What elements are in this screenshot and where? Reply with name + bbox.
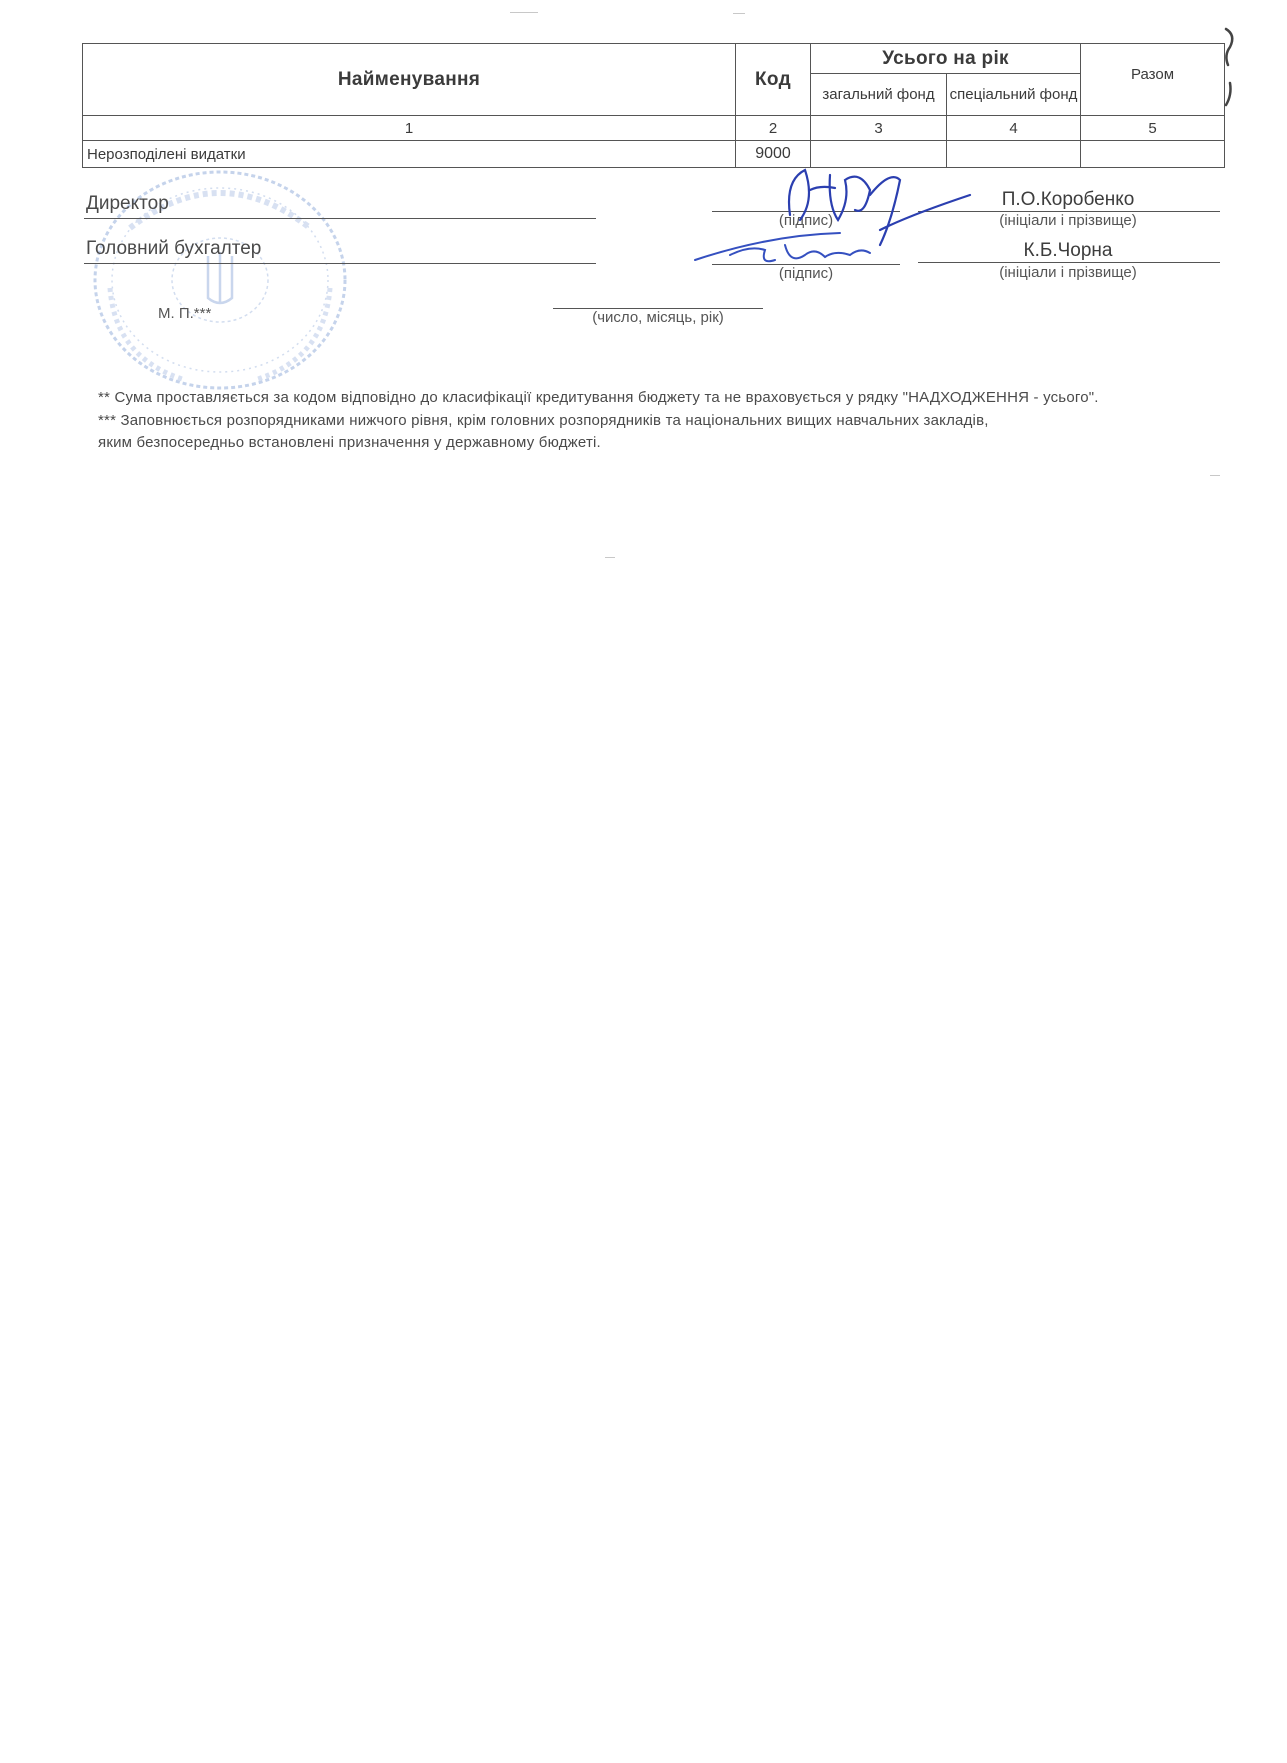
header-code: Код <box>736 44 811 116</box>
column-number-row: 1 2 3 4 5 <box>83 116 1225 141</box>
column-number: 4 <box>947 116 1081 141</box>
header-special-fund: спеціальний фонд <box>947 74 1081 116</box>
table-row: Нерозподілені видатки 9000 <box>83 141 1225 168</box>
column-number: 1 <box>83 116 736 141</box>
scan-speck <box>733 13 745 14</box>
header-total: Разом <box>1081 44 1225 116</box>
director-role-line <box>84 218 596 219</box>
chief-accountant-role-line <box>84 263 596 264</box>
chief-accountant-name-line <box>918 262 1220 263</box>
scan-speck <box>1210 475 1220 476</box>
row-name: Нерозподілені видатки <box>83 141 736 168</box>
chief-accountant-signature-icon <box>690 225 920 275</box>
column-number: 2 <box>736 116 811 141</box>
scan-speck <box>510 12 538 13</box>
header-name: Найменування <box>83 44 736 116</box>
footnote-1: ** Сума проставляється за кодом відповід… <box>98 389 1099 406</box>
column-number: 5 <box>1081 116 1225 141</box>
budget-table: Найменування Код Усього на рік Разом заг… <box>82 43 1225 168</box>
director-role: Директор <box>86 193 169 215</box>
chief-accountant-name-caption: (ініціали і прізвище) <box>918 264 1218 281</box>
bracket-mark-icon <box>1218 25 1248 110</box>
footnote-2: *** Заповнюється розпорядниками нижчого … <box>98 412 989 429</box>
date-caption: (число, місяць, рік) <box>553 309 763 326</box>
footnote-3: яким безпосередньо встановлені призначен… <box>98 434 601 451</box>
row-total <box>1081 141 1225 168</box>
column-number: 3 <box>811 116 947 141</box>
header-general-fund: загальний фонд <box>811 74 947 116</box>
scan-speck <box>605 557 615 558</box>
chief-accountant-role: Головний бухгалтер <box>86 238 261 260</box>
header-year-total: Усього на рік <box>811 44 1081 74</box>
seal-label: М. П.*** <box>158 305 211 322</box>
